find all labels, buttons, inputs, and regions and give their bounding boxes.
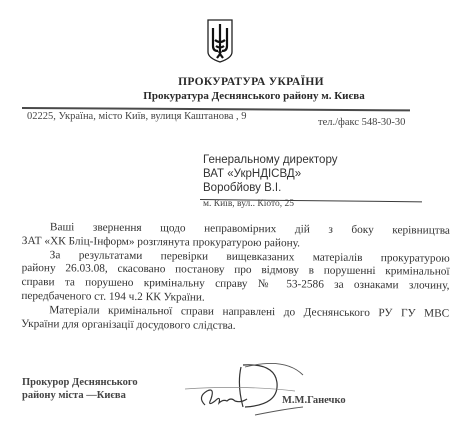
letter-body: Ваші звернення щодо неправомірних дій з … <box>21 221 450 335</box>
organization-title: ПРОКУРАТУРА УКРАЇНИ <box>0 76 468 88</box>
handwritten-signature-icon <box>185 355 325 425</box>
recipient-address: м. Київ, вул.. Кіото, 25 <box>203 199 294 209</box>
recipient-name: Воробйову В.І. <box>203 181 337 195</box>
sender-address: 02225, Україна, місто Київ, вулиця Кашта… <box>27 111 247 122</box>
recipient-company: ВАТ «УкрНДІСВД» <box>203 167 337 181</box>
trident-coat-of-arms-icon <box>206 18 234 64</box>
organization-subtitle: Прокуратура Деснянського району м. Києва <box>0 90 468 102</box>
recipient-block: Генеральному директору ВАТ «УкрНДІСВД» В… <box>203 153 337 195</box>
signatory-name: М.М.Ганечко <box>282 395 346 406</box>
signatory-title: Прокурор Деснянського району міста —Києв… <box>22 376 138 402</box>
sender-phone: тел./факс 548-30-30 <box>318 117 405 128</box>
recipient-position: Генеральному директору <box>203 153 337 167</box>
